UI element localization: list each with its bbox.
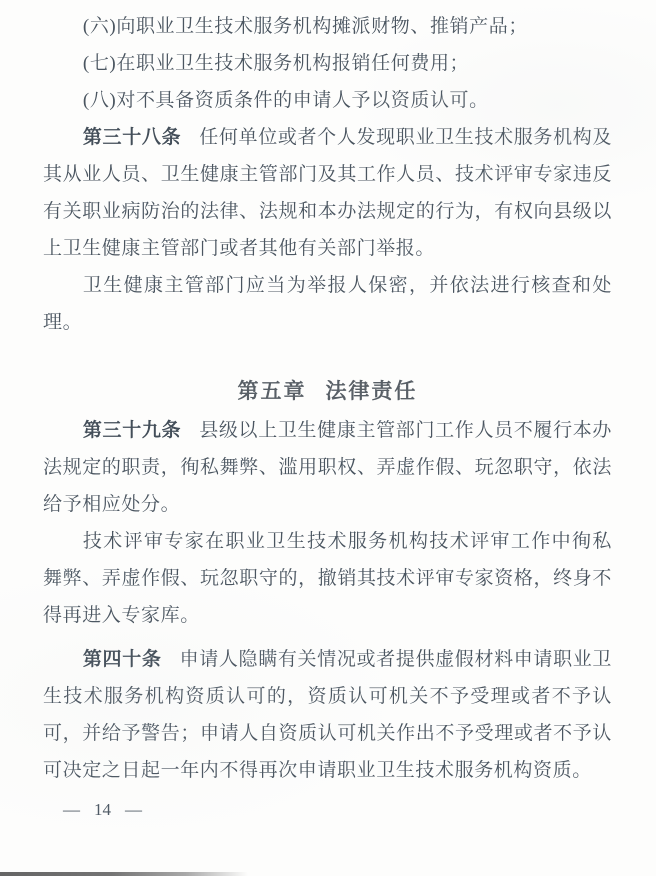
chapter-number: 第五章 [238, 379, 307, 403]
chapter-title: 法律责任 [325, 379, 417, 403]
paragraph: 卫生健康主管部门应当为举报人保密，并依法进行核查和处理。 [43, 267, 612, 341]
paragraph: 第四十条申请人隐瞒有关情况或者提供虚假材料申请职业卫生技术服务机构资质认可的，资… [43, 641, 612, 789]
paragraph: 第三十八条任何单位或者个人发现职业卫生技术服务机构及其从业人员、卫生健康主管部门… [43, 119, 612, 267]
document-body: (六)向职业卫生技术服务机构摊派财物、推销产品；(七)在职业卫生技术服务机构报销… [43, 8, 612, 789]
footer-dash-left: — [63, 800, 80, 820]
paragraph: (六)向职业卫生技术服务机构摊派财物、推销产品； [43, 8, 612, 45]
article-number: 第四十条 [83, 649, 162, 670]
page-footer: —14— [63, 800, 612, 820]
article-number: 第三十九条 [83, 420, 181, 441]
paragraph: (七)在职业卫生技术服务机构报销任何费用； [43, 45, 612, 82]
document-page: (六)向职业卫生技术服务机构摊派财物、推销产品；(七)在职业卫生技术服务机构报销… [0, 0, 656, 876]
chapter-heading: 第五章法律责任 [43, 373, 612, 410]
scan-edge-artifact [0, 872, 248, 876]
paragraph: 第三十九条县级以上卫生健康主管部门工作人员不履行本办法规定的职责，徇私舞弊、滥用… [43, 412, 612, 523]
paragraph: (八)对不具备资质条件的申请人予以资质认可。 [43, 82, 612, 119]
page-number: 14 [94, 800, 111, 820]
footer-dash-right: — [125, 800, 142, 820]
paragraph: 技术评审专家在职业卫生技术服务机构技术评审工作中徇私舞弊、弄虚作假、玩忽职守的，… [43, 523, 612, 634]
article-number: 第三十八条 [83, 127, 181, 148]
